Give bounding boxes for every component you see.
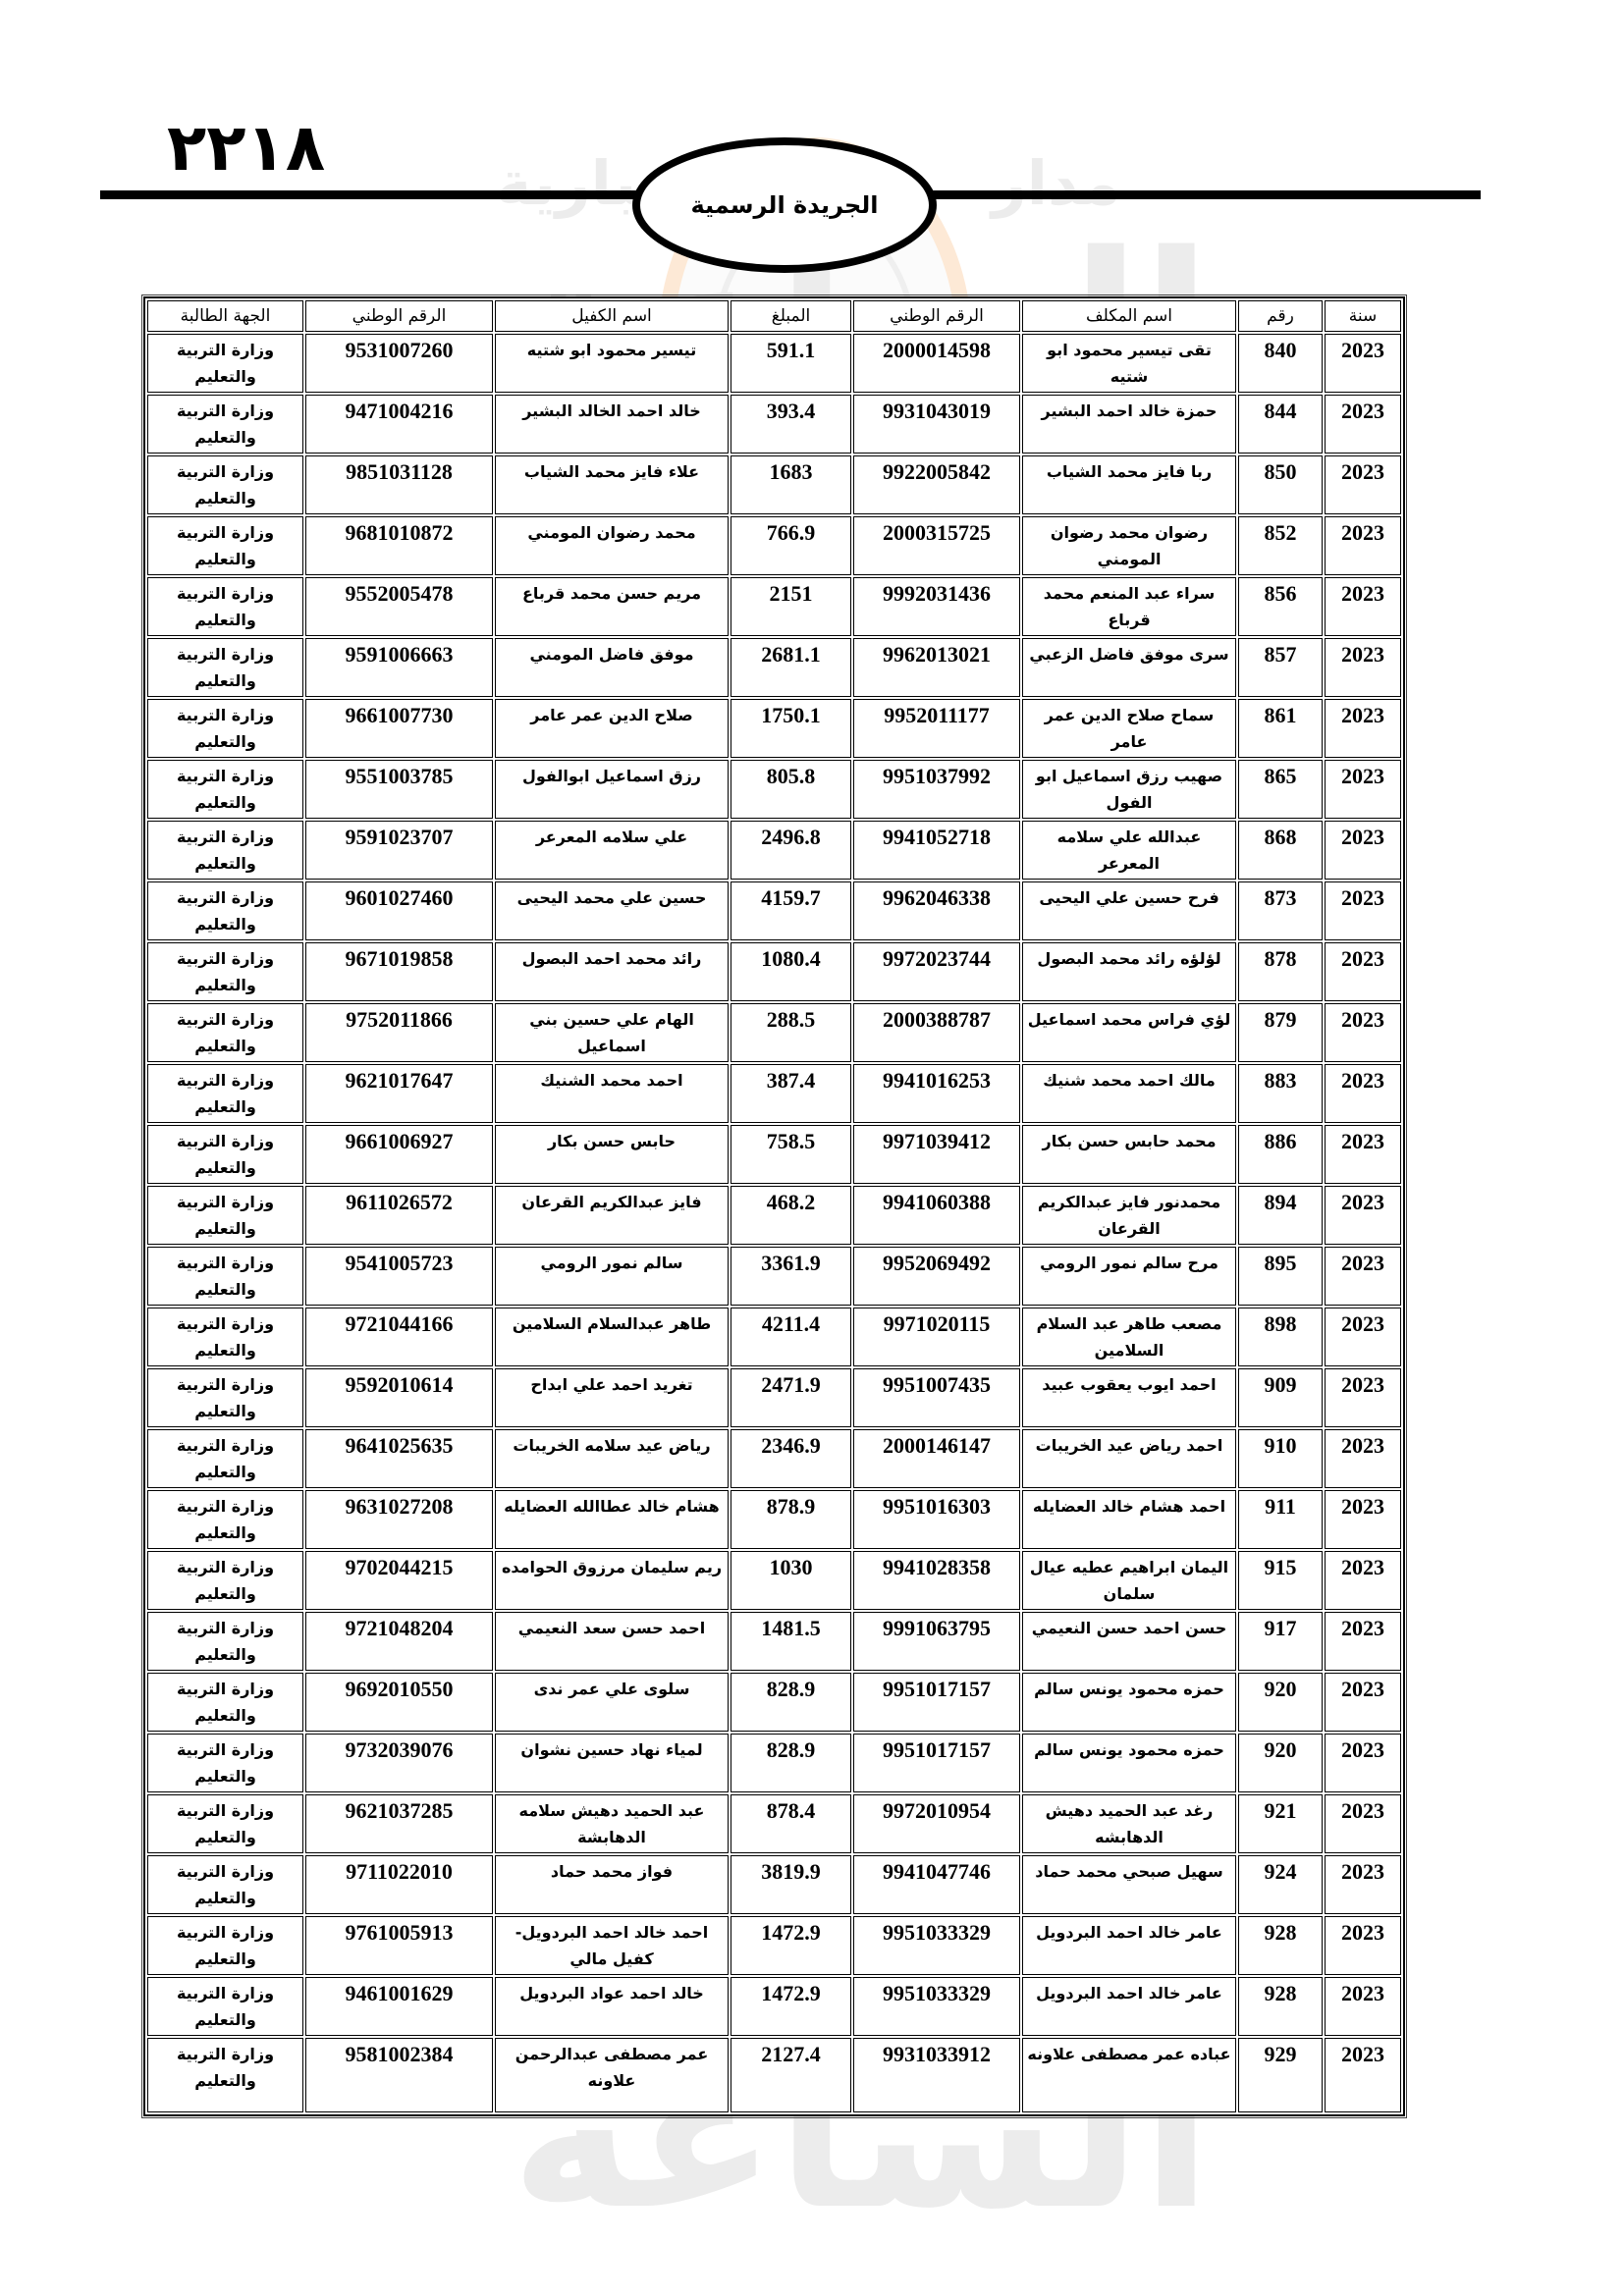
cell-sponsor-name: حابس حسن بكار [495,1125,729,1184]
cell-year: 2023 [1325,334,1401,393]
cell-sponsor-name: حسين علي محمد اليحيى [495,881,729,940]
table-row: 2023 929 عباده عمر مصطفى علاونه 99310339… [147,2038,1401,2112]
cell-obligor-name: ربا فايز محمد الشياب [1022,455,1236,514]
cell-sponsor-name: عمر مصطفى عبدالرحمن علاونه [495,2038,729,2112]
cell-year: 2023 [1325,1612,1401,1671]
cell-sponsor-name: خالد احمد الخالد البشير [495,395,729,454]
col-header-number: رقم [1238,300,1323,332]
cell-number: 928 [1238,1977,1323,2036]
cell-sponsor-national-id: 9471004216 [305,395,493,454]
cell-year: 2023 [1325,1368,1401,1427]
table-row: 2023 856 سراء عبد المنعم محمد قرباع 9992… [147,577,1401,636]
cell-year: 2023 [1325,638,1401,697]
cell-requesting-party: وزارة التربية والتعليم [147,1003,303,1062]
cell-sponsor-national-id: 9671019858 [305,942,493,1001]
table-row: 2023 852 رضوان محمد رضوان المومني 200031… [147,516,1401,575]
cell-sponsor-name: هشام خالد عطاالله العضايله [495,1490,729,1549]
cell-requesting-party: وزارة التربية والتعليم [147,1734,303,1792]
cell-obligor-national-id: 9931043019 [853,395,1020,454]
cell-obligor-name: عامر خالد احمد البردويل [1022,1916,1236,1975]
cell-sponsor-name: رياض عيد سلامه الخريبات [495,1429,729,1488]
cell-amount: 2346.9 [731,1429,851,1488]
col-header-amount: المبلغ [731,300,851,332]
cell-sponsor-name: علي سلامه المعرعر [495,821,729,880]
cell-obligor-name: رغد عبد الحميد دهيش الدهابشه [1022,1794,1236,1853]
cell-requesting-party: وزارة التربية والتعليم [147,1429,303,1488]
cell-amount: 828.9 [731,1734,851,1792]
cell-sponsor-national-id: 9631027208 [305,1490,493,1549]
cell-sponsor-national-id: 9761005913 [305,1916,493,1975]
cell-amount: 2471.9 [731,1368,851,1427]
cell-number: 929 [1238,2038,1323,2112]
cell-number: 868 [1238,821,1323,880]
cell-obligor-national-id: 9962046338 [853,881,1020,940]
table-row: 2023 898 مصعب طاهر عبد السلام السلامين 9… [147,1308,1401,1366]
cell-obligor-name: فرح حسين علي اليحيى [1022,881,1236,940]
cell-sponsor-national-id: 9851031128 [305,455,493,514]
table-row: 2023 894 محمدنور فايز عبدالكريم القرعان … [147,1186,1401,1245]
cell-number: 910 [1238,1429,1323,1488]
cell-amount: 878.4 [731,1794,851,1853]
cell-obligor-name: عباده عمر مصطفى علاونه [1022,2038,1236,2112]
table-row: 2023 840 تقى تيسير محمود ابو شتيه 200001… [147,334,1401,393]
cell-obligor-name: محمدنور فايز عبدالكريم القرعان [1022,1186,1236,1245]
cell-amount: 1750.1 [731,699,851,758]
table-row: 2023 861 سماح صلاح الدين عمر عامر 995201… [147,699,1401,758]
col-header-obligor-national-id: الرقم الوطني [853,300,1020,332]
cell-obligor-name: لؤلؤه رائد محمد البصول [1022,942,1236,1001]
cell-sponsor-name: مريم حسن محمد قرباع [495,577,729,636]
cell-year: 2023 [1325,699,1401,758]
table-row: 2023 928 عامر خالد احمد البردويل 9951033… [147,1916,1401,1975]
cell-number: 865 [1238,760,1323,819]
cell-requesting-party: وزارة التربية والتعليم [147,577,303,636]
cell-sponsor-national-id: 9681010872 [305,516,493,575]
cell-sponsor-name: سلوى علي عمر ندى [495,1673,729,1732]
cell-sponsor-name: احمد حسن سعد النعيمي [495,1612,729,1671]
cell-obligor-national-id: 9941047746 [853,1855,1020,1914]
page-number: ٢٢١٨ [167,110,325,186]
cell-year: 2023 [1325,1308,1401,1366]
cell-amount: 2127.4 [731,2038,851,2112]
table-row: 2023 910 احمد رياض عيد الخريبات 20001461… [147,1429,1401,1488]
cell-year: 2023 [1325,821,1401,880]
cell-number: 878 [1238,942,1323,1001]
cell-amount: 828.9 [731,1673,851,1732]
cell-year: 2023 [1325,1977,1401,2036]
cell-sponsor-national-id: 9732039076 [305,1734,493,1792]
col-header-year: سنة [1325,300,1401,332]
cell-requesting-party: وزارة التربية والتعليم [147,1916,303,1975]
cell-number: 861 [1238,699,1323,758]
cell-sponsor-national-id: 9621037285 [305,1794,493,1853]
cell-requesting-party: وزارة التربية والتعليم [147,455,303,514]
table-row: 2023 865 صهيب رزق اسماعيل ابو الفول 9951… [147,760,1401,819]
table-row: 2023 878 لؤلؤه رائد محمد البصول 99720237… [147,942,1401,1001]
cell-sponsor-national-id: 9592010614 [305,1368,493,1427]
cell-number: 840 [1238,334,1323,393]
cell-obligor-name: احمد ايوب يعقوب عبيد [1022,1368,1236,1427]
cell-requesting-party: وزارة التربية والتعليم [147,1186,303,1245]
table-row: 2023 873 فرح حسين علي اليحيى 9962046338 … [147,881,1401,940]
publication-title-ellipse: الجريدة الرسمية [632,137,937,273]
cell-amount: 3361.9 [731,1247,851,1306]
col-header-obligor-name: اسم المكلف [1022,300,1236,332]
cell-requesting-party: وزارة التربية والتعليم [147,395,303,454]
cell-obligor-name: تقى تيسير محمود ابو شتيه [1022,334,1236,393]
cell-sponsor-national-id: 9591023707 [305,821,493,880]
cell-obligor-national-id: 9922005842 [853,455,1020,514]
cell-requesting-party: وزارة التربية والتعليم [147,1551,303,1610]
cell-sponsor-name: رزق اسماعيل ابوالفول [495,760,729,819]
cell-requesting-party: وزارة التربية والتعليم [147,1855,303,1914]
cell-number: 894 [1238,1186,1323,1245]
cell-requesting-party: وزارة التربية والتعليم [147,1125,303,1184]
cell-year: 2023 [1325,1551,1401,1610]
cell-obligor-national-id: 9952011177 [853,699,1020,758]
cell-obligor-national-id: 9941028358 [853,1551,1020,1610]
cell-amount: 1683 [731,455,851,514]
table-row: 2023 924 سهيل صبحي محمد حماد 9941047746 … [147,1855,1401,1914]
table-row: 2023 928 عامر خالد احمد البردويل 9951033… [147,1977,1401,2036]
cell-amount: 878.9 [731,1490,851,1549]
cell-obligor-name: لؤي فراس محمد اسماعيل [1022,1003,1236,1062]
cell-obligor-national-id: 9951033329 [853,1977,1020,2036]
cell-obligor-national-id: 9951037992 [853,760,1020,819]
cell-amount: 393.4 [731,395,851,454]
cell-requesting-party: وزارة التربية والتعليم [147,516,303,575]
cell-requesting-party: وزارة التربية والتعليم [147,1247,303,1306]
cell-number: 850 [1238,455,1323,514]
cell-obligor-national-id: 9951033329 [853,1916,1020,1975]
cell-sponsor-national-id: 9531007260 [305,334,493,393]
cell-year: 2023 [1325,1247,1401,1306]
cell-obligor-name: حمزه محمود يونس سالم [1022,1673,1236,1732]
cell-sponsor-national-id: 9721044166 [305,1308,493,1366]
cell-amount: 1080.4 [731,942,851,1001]
cell-sponsor-name: تغريد احمد علي ابداح [495,1368,729,1427]
watermark-brand-top: مدار [992,147,1120,219]
cell-sponsor-name: فواز محمد حماد [495,1855,729,1914]
cell-number: 921 [1238,1794,1323,1853]
cell-year: 2023 [1325,1734,1401,1792]
cell-requesting-party: وزارة التربية والتعليم [147,881,303,940]
cell-sponsor-name: ريم سليمان مرزوق الحوامده [495,1551,729,1610]
table-row: 2023 920 حمزه محمود يونس سالم 9951017157… [147,1734,1401,1792]
cell-amount: 4211.4 [731,1308,851,1366]
cell-requesting-party: وزارة التربية والتعليم [147,1673,303,1732]
cell-obligor-national-id: 2000146147 [853,1429,1020,1488]
cell-obligor-national-id: 9971020115 [853,1308,1020,1366]
cell-requesting-party: وزارة التربية والتعليم [147,2038,303,2112]
cell-number: 911 [1238,1490,1323,1549]
cell-obligor-name: مصعب طاهر عبد السلام السلامين [1022,1308,1236,1366]
cell-sponsor-national-id: 9721048204 [305,1612,493,1671]
cell-number: 920 [1238,1734,1323,1792]
cell-obligor-name: احمد هشام خالد العضايله [1022,1490,1236,1549]
cell-year: 2023 [1325,1490,1401,1549]
table-row: 2023 886 محمد حابس حسن بكار 9971039412 7… [147,1125,1401,1184]
cell-number: 909 [1238,1368,1323,1427]
cell-sponsor-national-id: 9581002384 [305,2038,493,2112]
cell-number: 879 [1238,1003,1323,1062]
cell-sponsor-national-id: 9611026572 [305,1186,493,1245]
cell-sponsor-national-id: 9591006663 [305,638,493,697]
table-row: 2023 879 لؤي فراس محمد اسماعيل 200038878… [147,1003,1401,1062]
cell-year: 2023 [1325,1794,1401,1853]
cell-sponsor-national-id: 9702044215 [305,1551,493,1610]
cell-amount: 2681.1 [731,638,851,697]
cell-year: 2023 [1325,1003,1401,1062]
cell-sponsor-national-id: 9692010550 [305,1673,493,1732]
cell-obligor-national-id: 9971039412 [853,1125,1020,1184]
cell-amount: 4159.7 [731,881,851,940]
table-row: 2023 911 احمد هشام خالد العضايله 9951016… [147,1490,1401,1549]
cell-sponsor-name: سالم نمور الرومي [495,1247,729,1306]
cell-sponsor-national-id: 9601027460 [305,881,493,940]
table-row: 2023 883 مالك احمد محمد شنيك 9941016253 … [147,1064,1401,1123]
cell-year: 2023 [1325,577,1401,636]
cell-sponsor-name: طاهر عبدالسلام السلامين [495,1308,729,1366]
cell-obligor-national-id: 2000014598 [853,334,1020,393]
cell-amount: 468.2 [731,1186,851,1245]
cell-sponsor-name: خالد احمد عواد البردويل [495,1977,729,2036]
table-row: 2023 844 حمزة خالد احمد البشير 993104301… [147,395,1401,454]
cell-sponsor-name: عبد الحميد دهيش سلامه الدهابشة [495,1794,729,1853]
cell-sponsor-national-id: 9661007730 [305,699,493,758]
cell-obligor-national-id: 2000388787 [853,1003,1020,1062]
cell-sponsor-name: تيسير محمود ابو شتيه [495,334,729,393]
cell-obligor-national-id: 9941016253 [853,1064,1020,1123]
cell-year: 2023 [1325,1125,1401,1184]
cell-obligor-name: حسن احمد حسن النعيمي [1022,1612,1236,1671]
table-row: 2023 921 رغد عبد الحميد دهيش الدهابشه 99… [147,1794,1401,1853]
cell-amount: 766.9 [731,516,851,575]
cell-amount: 805.8 [731,760,851,819]
records-table: سنة رقم اسم المكلف الرقم الوطني المبلغ ا… [143,296,1405,2116]
cell-requesting-party: وزارة التربية والتعليم [147,1308,303,1366]
cell-year: 2023 [1325,1429,1401,1488]
cell-obligor-national-id: 2000315725 [853,516,1020,575]
cell-obligor-name: سراء عبد المنعم محمد قرباع [1022,577,1236,636]
cell-sponsor-name: صلاح الدين عمر عامر [495,699,729,758]
cell-year: 2023 [1325,1064,1401,1123]
cell-year: 2023 [1325,1673,1401,1732]
cell-obligor-national-id: 9992031436 [853,577,1020,636]
cell-sponsor-name: الهام علي حسين بني اسماعيل [495,1003,729,1062]
records-table-wrapper: سنة رقم اسم المكلف الرقم الوطني المبلغ ا… [143,296,1383,2116]
cell-year: 2023 [1325,1855,1401,1914]
col-header-sponsor-name: اسم الكفيل [495,300,729,332]
cell-year: 2023 [1325,1186,1401,1245]
cell-sponsor-national-id: 9752011866 [305,1003,493,1062]
cell-requesting-party: وزارة التربية والتعليم [147,942,303,1001]
table-row: 2023 868 عبدالله علي سلامه المعرعر 99410… [147,821,1401,880]
cell-obligor-national-id: 9941052718 [853,821,1020,880]
cell-sponsor-national-id: 9711022010 [305,1855,493,1914]
cell-obligor-national-id: 9941060388 [853,1186,1020,1245]
table-row: 2023 917 حسن احمد حسن النعيمي 9991063795… [147,1612,1401,1671]
cell-number: 857 [1238,638,1323,697]
cell-sponsor-name: فايز عبدالكريم القرعان [495,1186,729,1245]
cell-obligor-name: سرى موفق فاضل الزعبي [1022,638,1236,697]
col-header-sponsor-national-id: الرقم الوطني [305,300,493,332]
cell-amount: 288.5 [731,1003,851,1062]
cell-amount: 387.4 [731,1064,851,1123]
cell-sponsor-national-id: 9641025635 [305,1429,493,1488]
cell-sponsor-name: رائد محمد احمد البصول [495,942,729,1001]
cell-sponsor-national-id: 9552005478 [305,577,493,636]
cell-amount: 1472.9 [731,1977,851,2036]
cell-year: 2023 [1325,395,1401,454]
cell-sponsor-national-id: 9551003785 [305,760,493,819]
cell-number: 928 [1238,1916,1323,1975]
table-row: 2023 895 مرح سالم نمور الرومي 9952069492… [147,1247,1401,1306]
cell-requesting-party: وزارة التربية والتعليم [147,1612,303,1671]
table-row: 2023 850 ربا فايز محمد الشياب 9922005842… [147,455,1401,514]
cell-amount: 1481.5 [731,1612,851,1671]
cell-number: 856 [1238,577,1323,636]
cell-number: 886 [1238,1125,1323,1184]
cell-requesting-party: وزارة التربية والتعليم [147,699,303,758]
cell-sponsor-national-id: 9541005723 [305,1247,493,1306]
cell-requesting-party: وزارة التربية والتعليم [147,1368,303,1427]
cell-sponsor-name: موفق فاضل المومني [495,638,729,697]
cell-number: 898 [1238,1308,1323,1366]
col-header-requesting-party: الجهة الطالبة [147,300,303,332]
cell-amount: 2496.8 [731,821,851,880]
cell-obligor-name: حمزة خالد احمد البشير [1022,395,1236,454]
table-row: 2023 857 سرى موفق فاضل الزعبي 9962013021… [147,638,1401,697]
cell-number: 924 [1238,1855,1323,1914]
cell-obligor-national-id: 9962013021 [853,638,1020,697]
cell-year: 2023 [1325,881,1401,940]
cell-obligor-national-id: 9951017157 [853,1673,1020,1732]
cell-year: 2023 [1325,1916,1401,1975]
cell-obligor-national-id: 9951016303 [853,1490,1020,1549]
cell-obligor-national-id: 9972010954 [853,1794,1020,1853]
cell-number: 920 [1238,1673,1323,1732]
cell-requesting-party: وزارة التربية والتعليم [147,1064,303,1123]
cell-sponsor-name: احمد محمد الشنيك [495,1064,729,1123]
cell-amount: 1030 [731,1551,851,1610]
table-row: 2023 909 احمد ايوب يعقوب عبيد 9951007435… [147,1368,1401,1427]
cell-obligor-name: اليمان ابراهيم عطيه عيال سلمان [1022,1551,1236,1610]
table-row: 2023 920 حمزه محمود يونس سالم 9951017157… [147,1673,1401,1732]
cell-amount: 591.1 [731,334,851,393]
cell-number: 883 [1238,1064,1323,1123]
cell-year: 2023 [1325,2038,1401,2112]
table-row: 2023 915 اليمان ابراهيم عطيه عيال سلمان … [147,1551,1401,1610]
cell-number: 915 [1238,1551,1323,1610]
cell-requesting-party: وزارة التربية والتعليم [147,760,303,819]
cell-amount: 758.5 [731,1125,851,1184]
cell-number: 895 [1238,1247,1323,1306]
cell-obligor-name: حمزه محمود يونس سالم [1022,1734,1236,1792]
cell-amount: 3819.9 [731,1855,851,1914]
cell-number: 873 [1238,881,1323,940]
cell-obligor-name: رضوان محمد رضوان المومني [1022,516,1236,575]
cell-obligor-name: سهيل صبحي محمد حماد [1022,1855,1236,1914]
cell-obligor-name: محمد حابس حسن بكار [1022,1125,1236,1184]
cell-requesting-party: وزارة التربية والتعليم [147,1490,303,1549]
cell-requesting-party: وزارة التربية والتعليم [147,1977,303,2036]
cell-year: 2023 [1325,760,1401,819]
publication-title: الجريدة الرسمية [690,191,878,219]
cell-obligor-name: صهيب رزق اسماعيل ابو الفول [1022,760,1236,819]
cell-sponsor-name: احمد خالد احمد البردويل- كفيل مالي [495,1916,729,1975]
cell-obligor-national-id: 9972023744 [853,942,1020,1001]
cell-year: 2023 [1325,455,1401,514]
cell-obligor-name: عبدالله علي سلامه المعرعر [1022,821,1236,880]
cell-obligor-national-id: 9931033912 [853,2038,1020,2112]
cell-sponsor-national-id: 9461001629 [305,1977,493,2036]
cell-number: 917 [1238,1612,1323,1671]
cell-requesting-party: وزارة التربية والتعليم [147,638,303,697]
cell-number: 844 [1238,395,1323,454]
cell-year: 2023 [1325,942,1401,1001]
cell-requesting-party: وزارة التربية والتعليم [147,1794,303,1853]
cell-sponsor-national-id: 9661006927 [305,1125,493,1184]
cell-obligor-name: سماح صلاح الدين عمر عامر [1022,699,1236,758]
cell-requesting-party: وزارة التربية والتعليم [147,821,303,880]
cell-sponsor-name: محمد رضوان المومني [495,516,729,575]
cell-obligor-name: عامر خالد احمد البردويل [1022,1977,1236,2036]
cell-number: 852 [1238,516,1323,575]
cell-obligor-name: مالك احمد محمد شنيك [1022,1064,1236,1123]
cell-obligor-national-id: 9951017157 [853,1734,1020,1792]
cell-obligor-national-id: 9991063795 [853,1612,1020,1671]
cell-obligor-national-id: 9951007435 [853,1368,1020,1427]
cell-sponsor-name: علاء فايز محمد الشياب [495,455,729,514]
cell-obligor-name: مرح سالم نمور الرومي [1022,1247,1236,1306]
cell-sponsor-name: لمياء نهاد حسين نشوان [495,1734,729,1792]
cell-year: 2023 [1325,516,1401,575]
cell-sponsor-national-id: 9621017647 [305,1064,493,1123]
cell-obligor-name: احمد رياض عيد الخريبات [1022,1429,1236,1488]
table-header-row: سنة رقم اسم المكلف الرقم الوطني المبلغ ا… [147,300,1401,332]
cell-obligor-national-id: 9952069492 [853,1247,1020,1306]
cell-requesting-party: وزارة التربية والتعليم [147,334,303,393]
cell-amount: 1472.9 [731,1916,851,1975]
cell-amount: 2151 [731,577,851,636]
